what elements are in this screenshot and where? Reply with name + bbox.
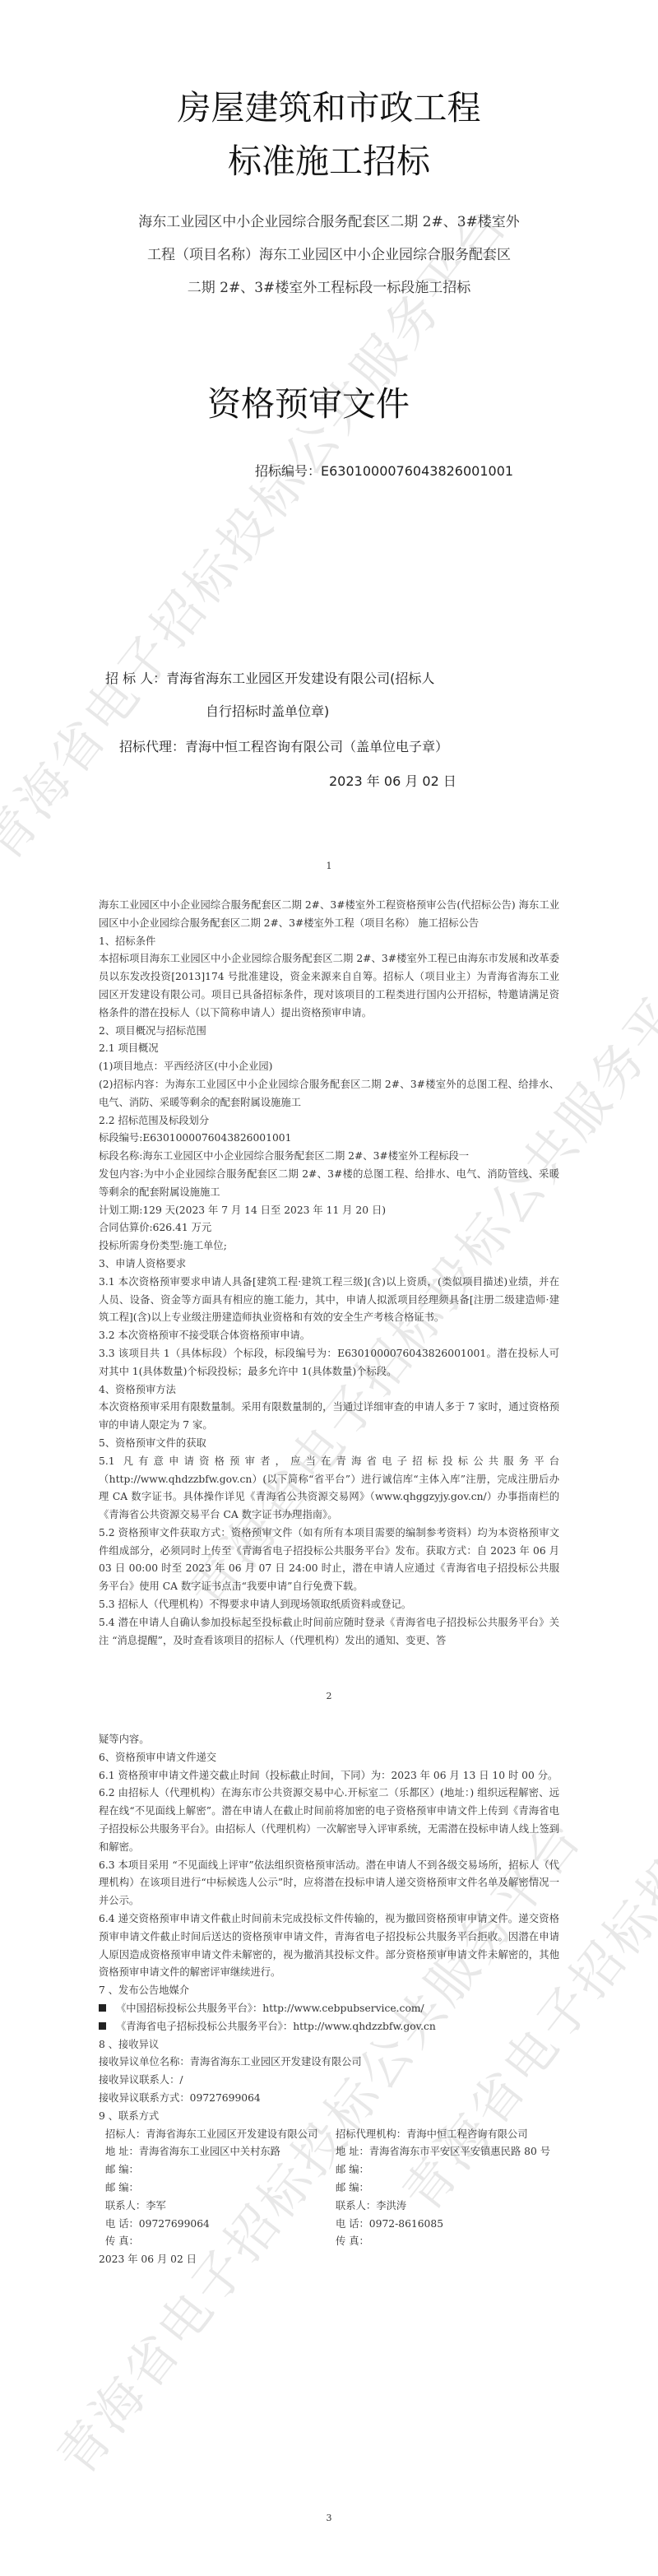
- agent-phone: 电 话：0972-8616085: [336, 2216, 566, 2234]
- tenderer-postcode: 邮 编：: [105, 2161, 336, 2179]
- paragraph: 计划工期:129 天(2023 年 7 月 14 日至 2023 年 11 月 …: [99, 1202, 559, 1220]
- paragraph: 投标所需身份类型:施工单位;: [99, 1237, 559, 1256]
- announcement-page-3: 青海省电子招标投标公共服务平台 青海省电子招标投标公共服务平台 疑等内容。 6、…: [0, 1721, 658, 2576]
- tenderer-contact-person: 联系人：李军: [105, 2198, 336, 2216]
- section-heading: 1、招标条件: [99, 933, 559, 951]
- paragraph: 本次资格预审采用有限数量制。采用有限数量制的，当通过详细审查的申请人多于 7 家…: [99, 1399, 559, 1435]
- square-bullet-icon: [99, 2022, 106, 2030]
- paragraph: 标段名称:海东工业园区中小企业园综合服务配套区二期 2#、3#楼室外工程标段一: [99, 1148, 559, 1166]
- agent-postcode-2: 邮 编：: [336, 2179, 566, 2198]
- tenderer-postcode-2: 邮 编：: [105, 2179, 336, 2198]
- section-heading: 3、申请人资格要求: [99, 1256, 559, 1274]
- project-subtitle-line1: 海东工业园区中小企业园综合服务配套区二期 2#、3#楼室外: [99, 206, 559, 239]
- paragraph: 3.2 本次资格预审不接受联合体资格预审申请。: [99, 1327, 559, 1345]
- project-subtitle-line3: 二期 2#、3#楼室外工程标段一标段施工招标: [99, 272, 559, 304]
- paragraph: 3.3 该项目共 1（具体标段）个标段，标段编号为：E6301000076043…: [99, 1345, 559, 1381]
- media-item: 《中国招标投标公共服务平台》：http://www.cebpubservice.…: [99, 2000, 559, 2018]
- paragraph: 5.1 凡有意申请资格预审者，应当在青海省电子招标投标公共服务平台（http:/…: [99, 1453, 559, 1525]
- project-subtitle-line2: 工程（项目名称）海东工业园区中小企业园综合服务配套区: [99, 239, 559, 272]
- section-heading: 6、资格预审申请文件递交: [99, 1749, 559, 1767]
- agent-name: 招标代理机构：青海中恒工程咨询有限公司: [336, 2126, 566, 2144]
- objection-unit: 接收异议单位名称：青海省海东工业园区开发建设有限公司: [99, 2054, 559, 2072]
- announcement-body: 海东工业园区中小企业园综合服务配套区二期 2#、3#楼室外工程资格预审公告(代招…: [99, 897, 559, 1650]
- contact-table: 招标人：青海省海东工业园区开发建设有限公司 招标代理机构：青海中恒工程咨询有限公…: [105, 2126, 559, 2252]
- announcement-page-2: 青海省电子招标投标公共服务平台 海东工业园区中小企业园综合服务配套区二期 2#、…: [0, 880, 658, 1703]
- objection-contact: 接收异议联系人：/: [99, 2072, 559, 2090]
- media-item: 《青海省电子招标投标公共服务平台》：http://www.qhdzzbfw.go…: [99, 2018, 559, 2036]
- square-bullet-icon: [99, 2004, 106, 2012]
- paragraph: 标段编号:E6301000076043826001001: [99, 1130, 559, 1148]
- tenderer-address: 地 址：青海省海东工业园区中关村东路: [105, 2143, 336, 2161]
- subsection-heading: 2.2 招标范围及标段划分: [99, 1112, 559, 1130]
- paragraph: 6.3 本项目采用 “不见面线上评审”依法组织资格预审活动。潜在申请人不到各级交…: [99, 1857, 559, 1910]
- paragraph: 3.1 本次资格预审要求申请人具备[建筑工程·建筑工程三级](含)以上资质，(类…: [99, 1274, 559, 1327]
- paragraph: 5.4 潜在申请人自确认参加投标起至投标截止时间前应随时登录《青海省电子招投标公…: [99, 1614, 559, 1650]
- tenderer-seal-note: 自行招标时盖单位章): [206, 701, 329, 720]
- section-heading: 8 、接收异议: [99, 2036, 559, 2054]
- agent-line: 招标代理：青海中恒工程咨询有限公司（盖单位电子章）: [119, 736, 448, 755]
- agent-fax: 传 真：: [336, 2233, 566, 2251]
- announcement-heading: 海东工业园区中小企业园综合服务配套区二期 2#、3#楼室外工程资格预审公告(代招…: [99, 897, 559, 933]
- objection-phone: 接收异议联系方式：09727699064: [99, 2090, 559, 2108]
- section-heading: 4、资格预审方法: [99, 1381, 559, 1399]
- tenderer-fax: 传 真：: [105, 2233, 336, 2251]
- paragraph: (2)招标内容：为海东工业园区中小企业园综合服务配套区二期 2#、3#楼室外的总…: [99, 1076, 559, 1112]
- cover-page: 青海省电子招标投标公共服务平台 房屋建筑和市政工程 标准施工招标 海东工业园区中…: [0, 0, 658, 864]
- tender-number: 招标编号：E6301000076043826001001: [255, 461, 513, 480]
- document-title-line2: 标准施工招标: [0, 136, 658, 187]
- agent-address: 地 址：青海省海东市平安区平安镇惠民路 80 号: [336, 2143, 566, 2161]
- paragraph: 本招标项目海东工业园区中小企业园综合服务配套区二期 2#、3#楼室外工程已由海东…: [99, 950, 559, 1022]
- paragraph: 6.2 由招标人（代理机构）在海东市公共资源交易中心.开标室二（乐都区）(地址：…: [99, 1785, 559, 1856]
- paragraph: 6.1 资格预审申请文件递交截止时间（投标截止时间，下同）为：2023 年 06…: [99, 1767, 559, 1785]
- section-heading: 5、资格预审文件的获取: [99, 1435, 559, 1453]
- paragraph: 发包内容:为中小企业园综合服务配套区二期 2#、3#楼的总图工程、给排水、电气、…: [99, 1166, 559, 1202]
- document-title-line1: 房屋建筑和市政工程: [0, 82, 658, 133]
- page-number: 1: [0, 861, 658, 871]
- section-heading: 2、项目概况与招标范围: [99, 1023, 559, 1041]
- announcement-body-continued: 疑等内容。 6、资格预审申请文件递交 6.1 资格预审申请文件递交截止时间（投标…: [99, 1731, 559, 2269]
- media-link[interactable]: 《青海省电子招标投标公共服务平台》：http://www.qhdzzbfw.go…: [116, 2021, 436, 2032]
- tenderer-line: 招 标 人：青海省海东工业园区开发建设有限公司(招标人: [105, 668, 434, 687]
- subsection-heading: 2.1 项目概况: [99, 1040, 559, 1058]
- page-number: 3: [0, 2513, 658, 2523]
- paragraph: 5.3 招标人（代理机构）不得要求申请人到现场领取纸质资料或登记。: [99, 1596, 559, 1614]
- page-number: 2: [0, 1691, 658, 1701]
- paragraph: 6.4 递交资格预审申请文件截止时间前未完成投标文件传输的，视为撤回资格预审申请…: [99, 1910, 559, 1982]
- announcement-date: 2023 年 06 月 02 日: [99, 2251, 559, 2269]
- tenderer-phone: 电 话：09727699064: [105, 2216, 336, 2234]
- cover-date: 2023 年 06 月 02 日: [329, 771, 456, 790]
- section-heading: 7 、发布公告地媒介: [99, 1982, 559, 2000]
- document-name: 资格预审文件: [207, 377, 410, 425]
- agent-contact-person: 联系人：李洪涛: [336, 2198, 566, 2216]
- agent-postcode: 邮 编：: [336, 2161, 566, 2179]
- paragraph: 疑等内容。: [99, 1731, 559, 1749]
- paragraph: 合同估算价:626.41 万元: [99, 1219, 559, 1237]
- section-heading: 9 、联系方式: [99, 2108, 559, 2126]
- tenderer-name: 招标人：青海省海东工业园区开发建设有限公司: [105, 2126, 336, 2144]
- paragraph: (1)项目地点：平西经济区(中小企业园): [99, 1058, 559, 1076]
- media-link[interactable]: 《中国招标投标公共服务平台》：http://www.cebpubservice.…: [116, 2003, 424, 2014]
- paragraph: 5.2 资格预审文件获取方式：资格预审文件（如有所有本项目需要的编制参考资料）均…: [99, 1525, 559, 1596]
